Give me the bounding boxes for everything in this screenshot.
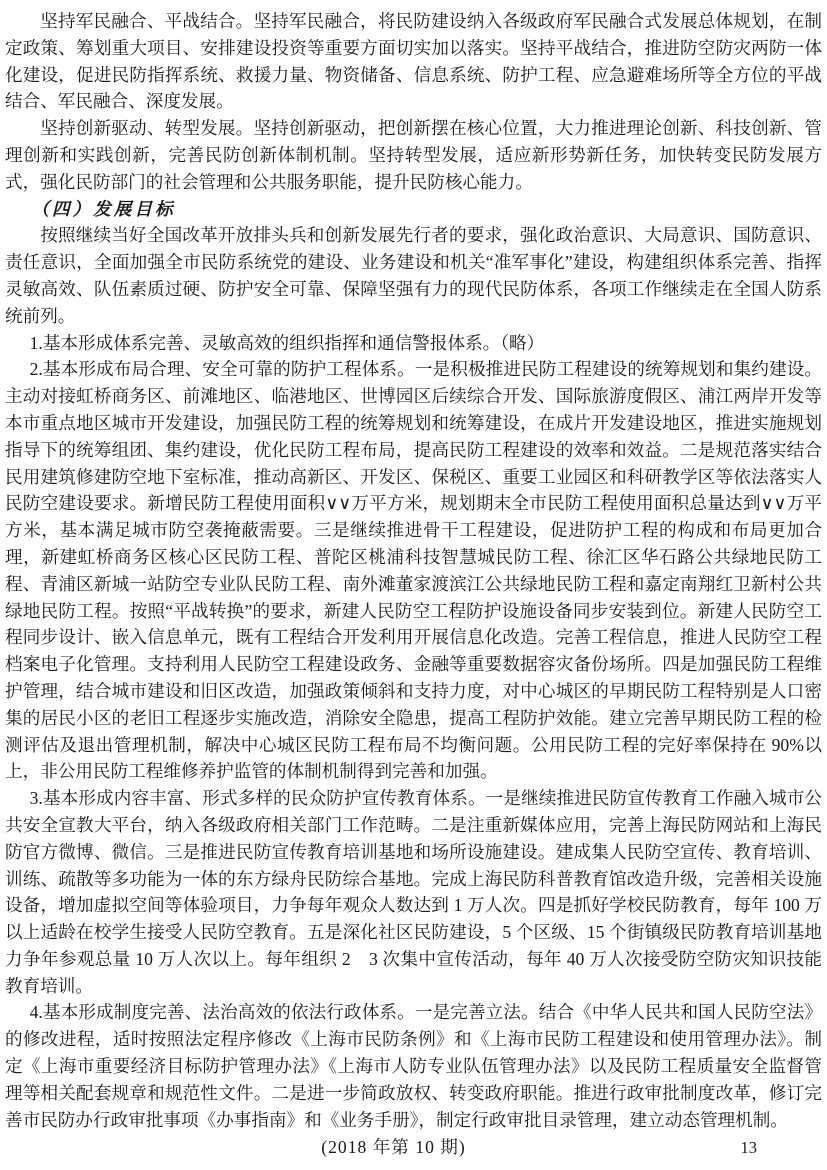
page-number: 13	[741, 1134, 758, 1161]
section-heading-development-goals: （四）发展目标	[5, 196, 822, 223]
paragraph-innovation-transformation: 坚持创新驱动、转型发展。坚持创新驱动，把创新摆在核心位置，大力推进理论创新、科技…	[5, 115, 822, 195]
paragraph-goal-2-protection-works: 2.基本形成布局合理、安全可靠的防护工程体系。一是积极推进民防工程建设的统筹规划…	[5, 356, 822, 785]
footer-issue-label: (2018 年第 10 期)	[321, 1134, 465, 1161]
document-page: 坚持军民融合、平战结合。坚持军民融合，将民防建设纳入各级政府军民融合式发展总体规…	[0, 0, 827, 1170]
document-body: 坚持军民融合、平战结合。坚持军民融合，将民防建设纳入各级政府军民融合式发展总体规…	[0, 0, 827, 1133]
paragraph-goal-3-education-system: 3.基本形成内容丰富、形式多样的民众防护宣传教育体系。一是继续推进民防宣传教育工…	[5, 785, 822, 999]
paragraph-goal-1-command-warning-system: 1.基本形成体系完善、灵敏高效的组织指挥和通信警报体系。（略）	[5, 330, 822, 357]
paragraph-military-civilian-integration: 坚持军民融合、平战结合。坚持军民融合，将民防建设纳入各级政府军民融合式发展总体规…	[5, 8, 822, 115]
page-footer: (2018 年第 10 期) 13	[0, 1134, 827, 1161]
paragraph-overall-requirements: 按照继续当好全国改革开放排头兵和创新发展先行者的要求，强化政治意识、大局意识、国…	[5, 222, 822, 329]
paragraph-goal-4-rule-of-law: 4.基本形成制度完善、法治高效的依法行政体系。一是完善立法。结合《中华人民共和国…	[5, 999, 822, 1133]
